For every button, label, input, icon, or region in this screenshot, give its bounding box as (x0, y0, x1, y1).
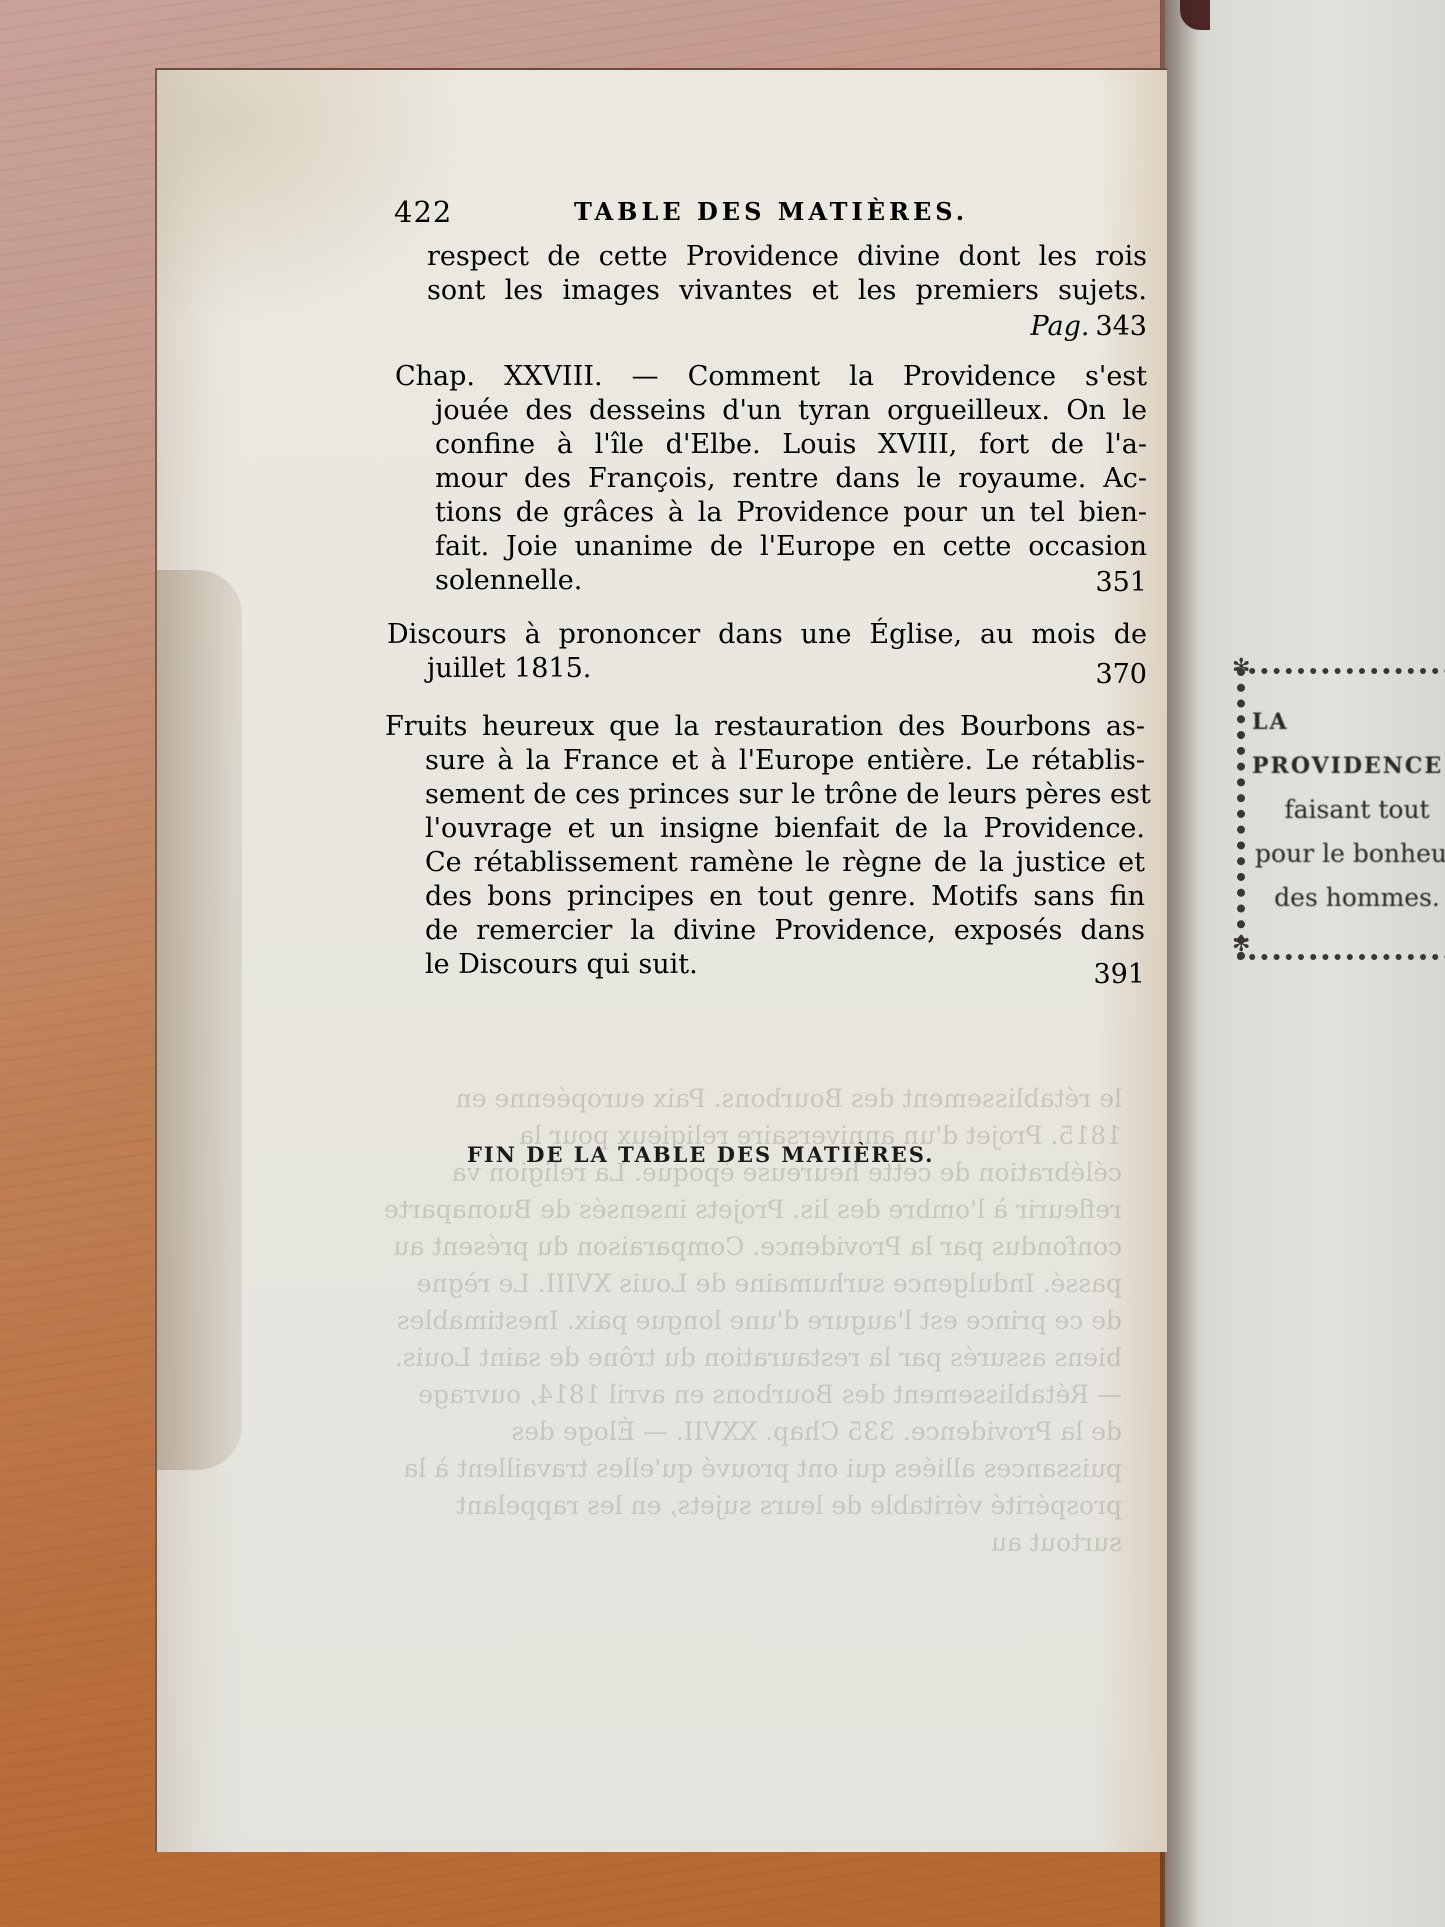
frame-line: LA PROVIDENCE (1252, 700, 1445, 788)
page-number: 422 (394, 195, 452, 229)
entry-line: le Discours qui suit. (385, 948, 1145, 982)
page-label: Pag. (1031, 311, 1090, 342)
frame-title: LA PROVIDENCE faisant tout pour le bonhe… (1252, 700, 1445, 920)
entry-line: sure à la France et à l'Europe entière. … (385, 744, 1145, 778)
entry-line: des bons principes en tout genre. Motifs… (385, 880, 1145, 914)
running-title: TABLE DES MATIÈRES. (574, 197, 968, 226)
entry-line: tions de grâces à la Providence pour un … (395, 496, 1147, 530)
entry-line: Discours à prononcer dans une Église, au… (387, 618, 1147, 652)
water-stain (157, 570, 242, 1470)
entry-line: fait. Joie unanime de l'Europe en cette … (395, 530, 1147, 564)
page-reference: 370 (1095, 658, 1147, 692)
frame-corner-star-icon: ✻ (1232, 932, 1250, 957)
page-reference: 351 (1095, 566, 1147, 600)
facing-page (1165, 0, 1445, 1927)
toc-entry: respect de cette Providence divine dont … (427, 240, 1147, 308)
frame-line: pour le bonheur (1252, 832, 1445, 876)
entry-line: de remercier la divine Providence, expos… (385, 914, 1145, 948)
left-page: le rétablissement des Bourbons. Paix eur… (155, 68, 1167, 1852)
entry-line: sont les images vivantes et les premiers… (427, 274, 1147, 308)
toc-entry: Discours à prononcer dans une Église, au… (387, 618, 1147, 686)
entry-line: Fruits heureux que la restauration des B… (385, 710, 1145, 744)
entry-line: confine à l'île d'Elbe. Louis XVIII, for… (395, 428, 1147, 462)
page-reference: Pag.343 (1031, 310, 1147, 344)
frame-line: des hommes. (1252, 876, 1445, 920)
entry-line: sement de ces princes sur le trône de le… (385, 778, 1145, 812)
frame-line: faisant tout (1252, 788, 1445, 832)
entry-line: Ce rétablissement ramène le règne de la … (385, 846, 1145, 880)
page-number-ref: 343 (1095, 311, 1147, 342)
toc-entry-chapter: Chap. XXVIII. — Comment la Providence s'… (395, 360, 1147, 598)
entry-line: l'ouvrage et un insigne bienfait de la P… (385, 812, 1145, 846)
page-reference: 391 (1093, 958, 1145, 992)
end-of-table-note: FIN DE LA TABLE DES MATIÈRES. (467, 1142, 934, 1167)
entry-line: mour des François, rentre dans le royaum… (395, 462, 1147, 496)
toc-entry: Fruits heureux que la restauration des B… (385, 710, 1145, 982)
entry-line: respect de cette Providence divine dont … (427, 240, 1147, 274)
entry-line: jouée des desseins d'un tyran orgueilleu… (395, 394, 1147, 428)
frame-corner-star-icon: ✻ (1232, 655, 1250, 680)
entry-line: solennelle. (395, 564, 1147, 598)
entry-line: Chap. XXVIII. — Comment la Providence s'… (395, 360, 1147, 394)
entry-line: juillet 1815. (387, 652, 1147, 686)
